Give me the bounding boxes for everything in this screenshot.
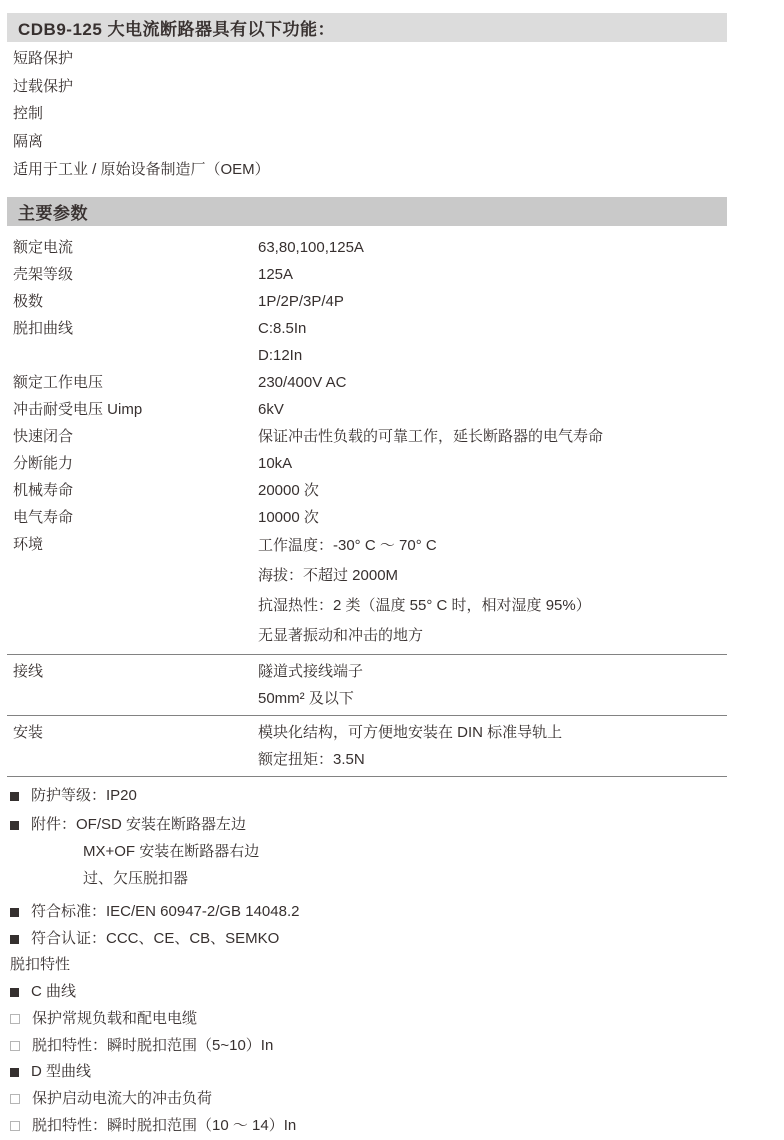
feature-short-circuit: 短路保护 <box>13 45 784 73</box>
param-value: C:8.5In <box>258 315 764 342</box>
param-value: 无显著振动和冲击的地方 <box>258 621 764 651</box>
filled-square-bullet-icon <box>10 821 19 830</box>
param-label: 环境 <box>13 531 258 651</box>
param-value: 1P/2P/3P/4P <box>258 288 764 315</box>
param-row-environment: 环境 工作温度：-30° C ～ 70° C 海拔：不超过 2000M 抗湿热性… <box>0 531 784 651</box>
filled-square-bullet-icon <box>10 792 19 801</box>
param-label: 额定电流 <box>13 234 258 261</box>
filled-square-bullet-icon <box>10 908 19 917</box>
note-accessories-sub-1: MX+OF 安装在断路器右边 <box>10 839 784 866</box>
param-label: 电气寿命 <box>13 504 258 531</box>
param-row-impulse-voltage: 冲击耐受电压 Uimp 6kV <box>0 396 784 423</box>
spec-sheet-page: CDB9-125 大电流断路器具有以下功能： 短路保护 过载保护 控制 隔离 适… <box>0 13 784 1140</box>
param-label: 额定工作电压 <box>13 369 258 396</box>
param-value: 50mm² 及以下 <box>258 685 764 712</box>
filled-square-bullet-icon <box>10 1068 19 1077</box>
param-row-mechanical-life: 机械寿命 20000 次 <box>0 477 784 504</box>
note-d-curve-trip-range: 脱扣特性：瞬时脱扣范围（10 ～ 14）In <box>10 1113 784 1140</box>
note-accessories: 附件：OF/SD 安装在断路器左边 <box>10 812 784 839</box>
note-accessories-sub-2: 过、欠压脱扣器 <box>10 866 784 893</box>
param-value: 125A <box>258 261 764 288</box>
section-header-functions: CDB9-125 大电流断路器具有以下功能： <box>7 13 727 42</box>
note-trip-characteristics-title: 脱扣特性 <box>10 952 784 979</box>
param-label: 冲击耐受电压 Uimp <box>13 396 258 423</box>
param-value: 20000 次 <box>258 477 764 504</box>
feature-list: 短路保护 过载保护 控制 隔离 适用于工业 / 原始设备制造厂（OEM） <box>13 45 784 184</box>
note-text: 防护等级：IP20 <box>31 783 137 810</box>
param-label: 安装 <box>13 719 258 773</box>
note-c-curve-trip-range: 脱扣特性：瞬时脱扣范围（5~10）In <box>10 1033 784 1060</box>
feature-oem: 适用于工业 / 原始设备制造厂（OEM） <box>13 156 784 184</box>
param-label: 壳架等级 <box>13 261 258 288</box>
note-text: 脱扣特性：瞬时脱扣范围（5~10）In <box>32 1033 273 1060</box>
hollow-square-bullet-icon <box>10 1094 20 1104</box>
param-row-frame-class: 壳架等级 125A <box>0 261 784 288</box>
param-row-electrical-life: 电气寿命 10000 次 <box>0 504 784 531</box>
note-text: 保护常规负载和配电电缆 <box>32 1006 197 1033</box>
note-standards: 符合标准：IEC/EN 60947-2/GB 14048.2 <box>10 899 784 926</box>
param-row-installation: 安装 模块化结构，可方便地安装在 DIN 标准导轨上 额定扭矩：3.5N <box>0 719 784 773</box>
note-text: D 型曲线 <box>31 1059 91 1086</box>
hollow-square-bullet-icon <box>10 1041 20 1051</box>
param-value: 230/400V AC <box>258 369 764 396</box>
param-value: 工作温度：-30° C ～ 70° C <box>258 531 764 561</box>
note-text: 脱扣特性 <box>10 952 70 979</box>
param-label: 机械寿命 <box>13 477 258 504</box>
note-text: 符合标准：IEC/EN 60947-2/GB 14048.2 <box>31 899 299 926</box>
filled-square-bullet-icon <box>10 935 19 944</box>
note-d-curve: D 型曲线 <box>10 1059 784 1086</box>
note-certifications: 符合认证：CCC、CE、CB、SEMKO <box>10 926 784 953</box>
note-protection-degree: 防护等级：IP20 <box>10 783 784 810</box>
section-header-functions-label: CDB9-125 大电流断路器具有以下功能： <box>18 15 335 40</box>
param-row-breaking-capacity: 分断能力 10kA <box>0 450 784 477</box>
note-text: 脱扣特性：瞬时脱扣范围（10 ～ 14）In <box>32 1113 296 1140</box>
params-table: 额定电流 63,80,100,125A 壳架等级 125A 极数 1P/2P/3… <box>0 234 784 777</box>
table-divider <box>7 654 727 655</box>
param-label: 快速闭合 <box>13 423 258 450</box>
hollow-square-bullet-icon <box>10 1121 20 1131</box>
param-value: 10kA <box>258 450 764 477</box>
param-value: 6kV <box>258 396 764 423</box>
param-label: 分断能力 <box>13 450 258 477</box>
param-value: 海拔：不超过 2000M <box>258 561 764 591</box>
param-value: 模块化结构，可方便地安装在 DIN 标准导轨上 <box>258 719 764 746</box>
section-header-main-params: 主要参数 <box>7 197 727 226</box>
feature-overload: 过载保护 <box>13 73 784 101</box>
param-value: 抗湿热性：2 类（温度 55° C 时，相对湿度 95%） <box>258 591 764 621</box>
feature-isolation: 隔离 <box>13 128 784 156</box>
param-row-trip-curve: 脱扣曲线 C:8.5In D:12In <box>0 315 784 369</box>
param-label: 脱扣曲线 <box>13 315 258 369</box>
param-label: 极数 <box>13 288 258 315</box>
param-row-poles: 极数 1P/2P/3P/4P <box>0 288 784 315</box>
note-c-curve: C 曲线 <box>10 979 784 1006</box>
note-text: C 曲线 <box>31 979 76 1006</box>
param-value: 保证冲击性负载的可靠工作，延长断路器的电气寿命 <box>258 423 764 450</box>
table-divider <box>7 776 727 777</box>
param-row-rated-voltage: 额定工作电压 230/400V AC <box>0 369 784 396</box>
param-row-wiring: 接线 隧道式接线端子 50mm² 及以下 <box>0 658 784 712</box>
feature-control: 控制 <box>13 100 784 128</box>
param-value: D:12In <box>258 342 764 369</box>
param-row-rated-current: 额定电流 63,80,100,125A <box>0 234 784 261</box>
note-text: 保护启动电流大的冲击负荷 <box>32 1086 212 1113</box>
table-divider <box>7 715 727 716</box>
note-text: 符合认证：CCC、CE、CB、SEMKO <box>31 926 279 953</box>
param-value: 10000 次 <box>258 504 764 531</box>
param-value: 额定扭矩：3.5N <box>258 746 764 773</box>
notes-list: 防护等级：IP20 附件：OF/SD 安装在断路器左边 MX+OF 安装在断路器… <box>10 783 784 1140</box>
note-d-curve-use: 保护启动电流大的冲击负荷 <box>10 1086 784 1113</box>
param-value: 63,80,100,125A <box>258 234 764 261</box>
param-row-fast-closing: 快速闭合 保证冲击性负载的可靠工作，延长断路器的电气寿命 <box>0 423 784 450</box>
note-text: 附件：OF/SD 安装在断路器左边 <box>31 812 246 839</box>
filled-square-bullet-icon <box>10 988 19 997</box>
note-c-curve-use: 保护常规负载和配电电缆 <box>10 1006 784 1033</box>
param-label: 接线 <box>13 658 258 712</box>
section-header-main-params-label: 主要参数 <box>18 199 88 224</box>
hollow-square-bullet-icon <box>10 1014 20 1024</box>
param-value: 隧道式接线端子 <box>258 658 764 685</box>
